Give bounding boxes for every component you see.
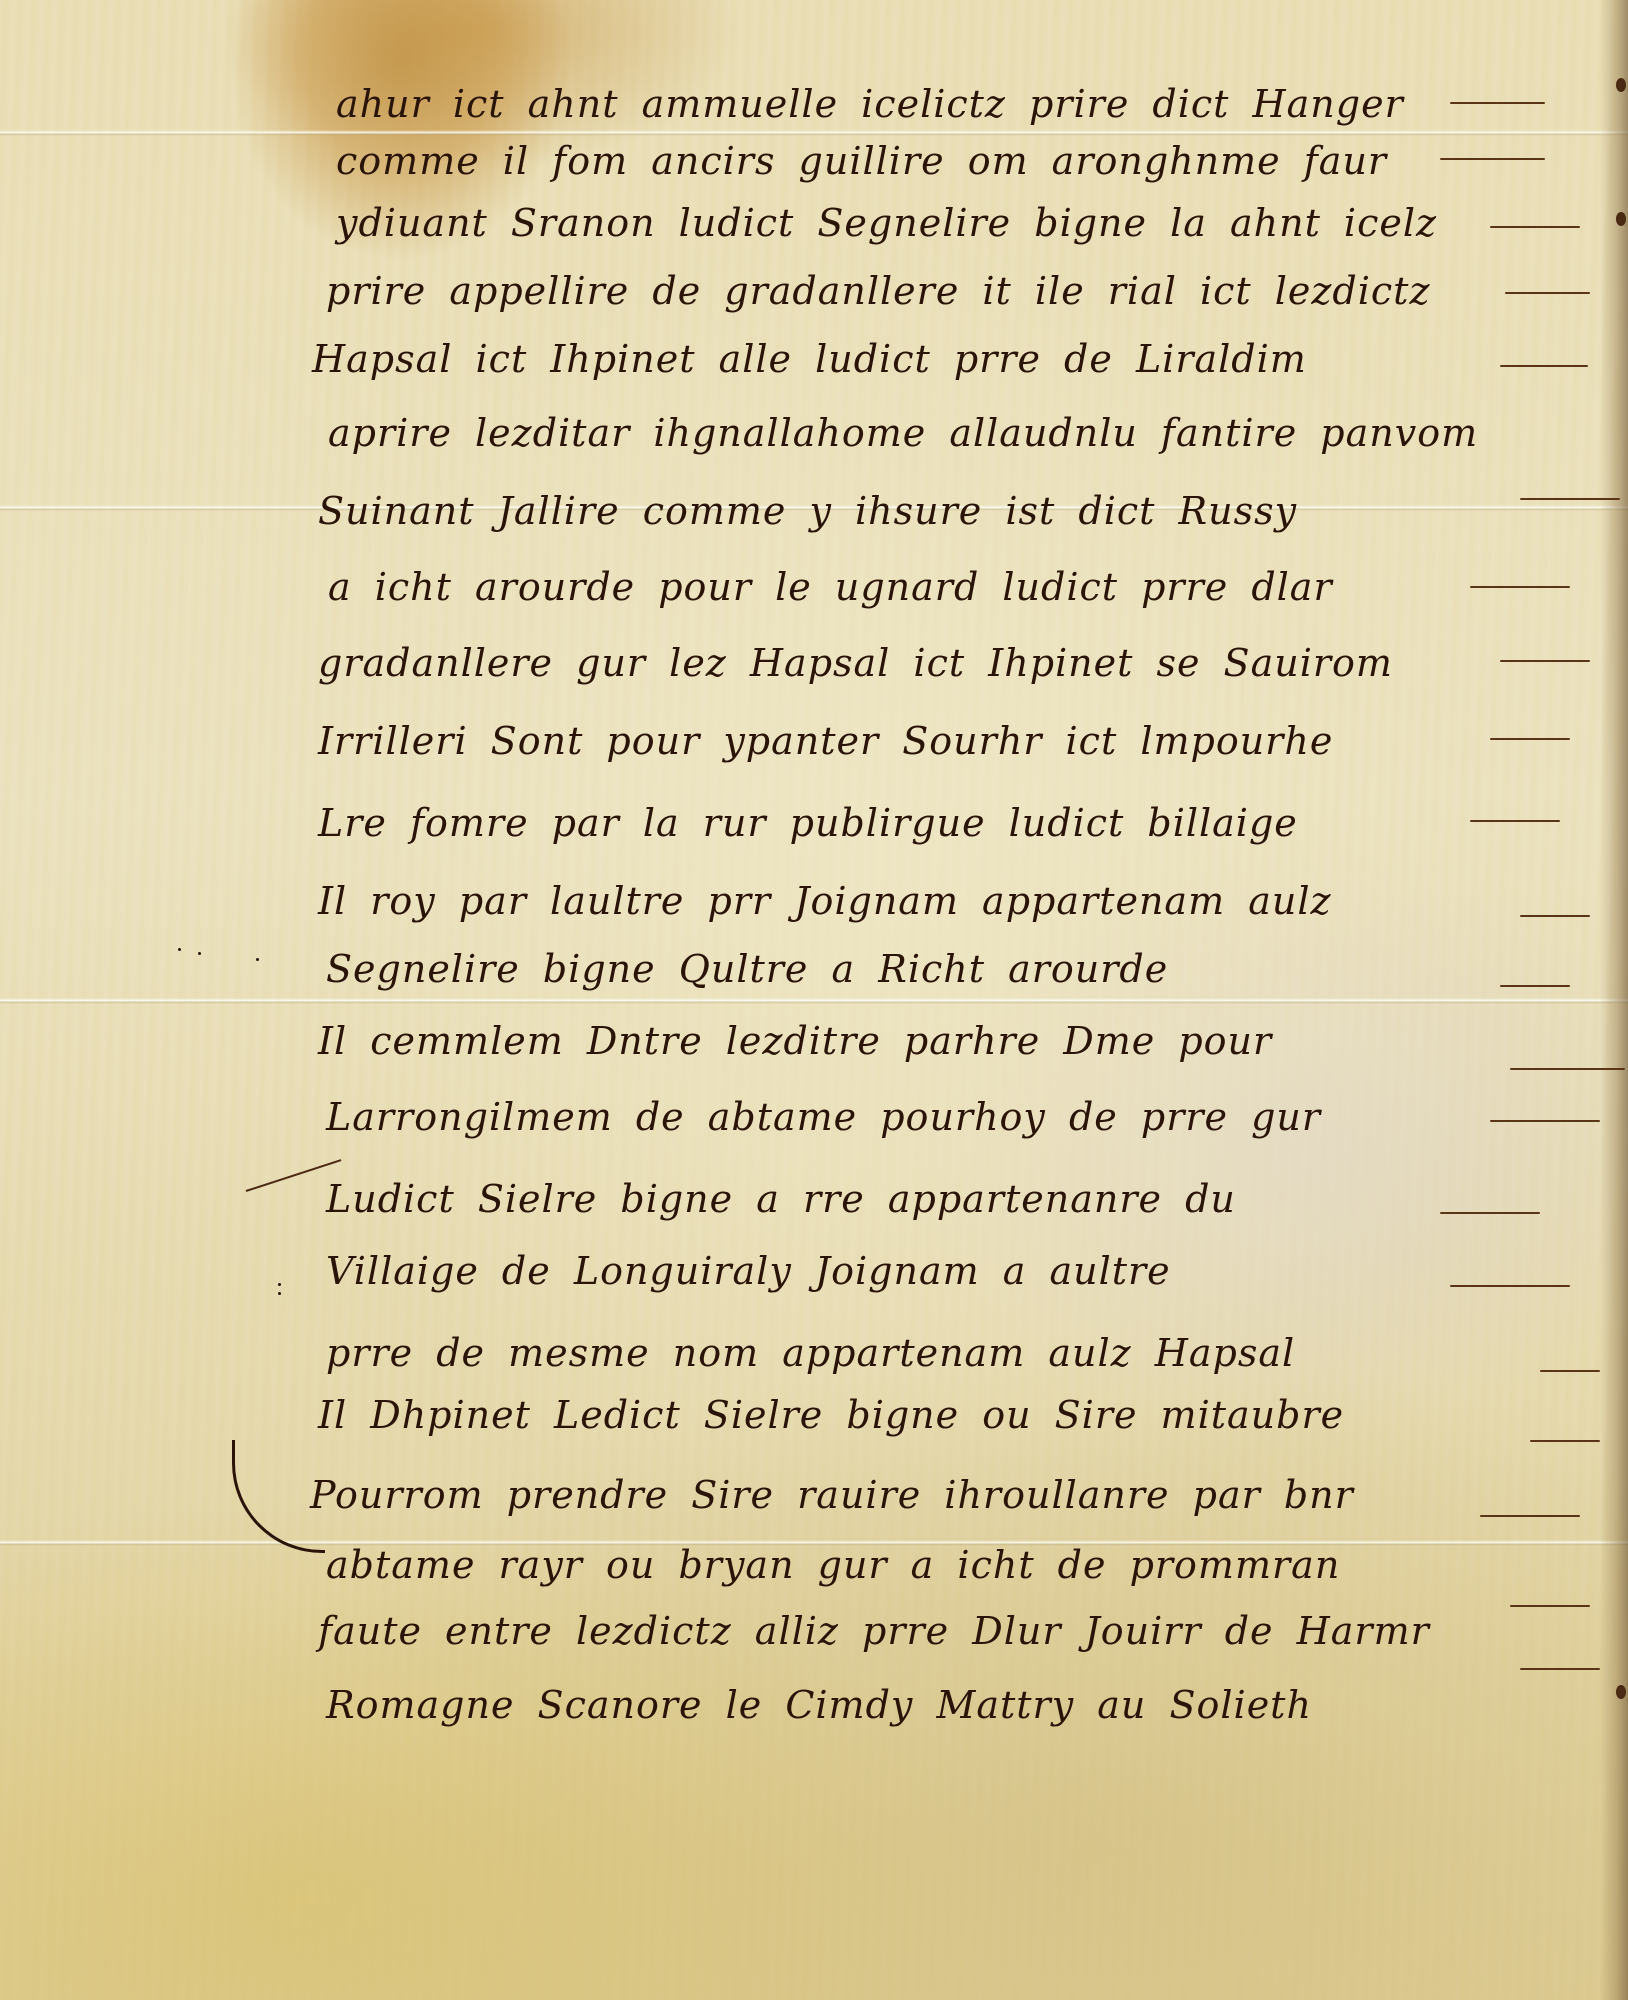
manuscript-line: Il cemmlem Dntre lezditre parhre Dme pou…: [318, 1022, 1272, 1060]
line-filler-stroke: [1450, 102, 1545, 104]
margin-dot: [278, 1292, 281, 1295]
binding-hole: [1616, 78, 1626, 92]
margin-dot: [278, 1283, 281, 1286]
manuscript-line: Il Dhpinet Ledict Sielre bigne ou Sire m…: [318, 1396, 1344, 1434]
manuscript-line: Segnelire bigne Qultre a Richt arourde: [326, 950, 1168, 988]
manuscript-line: prre de mesme nom appartenam aulz Hapsal: [326, 1334, 1295, 1372]
line-filler-stroke: [1530, 1440, 1600, 1442]
line-filler-stroke: [1500, 985, 1570, 987]
manuscript-line: a icht arourde pour le ugnard ludict prr…: [328, 568, 1333, 606]
manuscript-line: Il roy par laultre prr Joignam appartena…: [318, 882, 1332, 920]
line-filler-stroke: [1505, 292, 1590, 294]
manuscript-line: Ludict Sielre bigne a rre appartenanre d…: [326, 1180, 1236, 1218]
line-filler-stroke: [1520, 915, 1590, 917]
manuscript-line: Pourrom prendre Sire rauire ihroullanre …: [310, 1476, 1354, 1514]
manuscript-line: Romagne Scanore le Cimdy Mattry au Solie…: [326, 1686, 1312, 1724]
line-filler-stroke: [1440, 158, 1545, 160]
line-filler-stroke: [1450, 1285, 1570, 1287]
line-filler-stroke: [1490, 226, 1580, 228]
line-filler-stroke: [1500, 660, 1590, 662]
line-filler-stroke: [1490, 1120, 1600, 1122]
binding-hole: [1616, 1685, 1626, 1699]
line-filler-stroke: [1480, 1515, 1580, 1517]
manuscript-line: Villaige de Longuiraly Joignam a aultre: [326, 1252, 1171, 1290]
manuscript-line: prire appellire de gradanllere it ile ri…: [326, 272, 1430, 310]
line-filler-stroke: [1490, 738, 1570, 740]
manuscript-line: abtame rayr ou bryan gur a icht de promm…: [326, 1546, 1340, 1584]
line-filler-stroke: [1470, 586, 1570, 588]
manuscript-line: Hapsal ict Ihpinet alle ludict prre de L…: [312, 340, 1307, 378]
manuscript-line: ydiuant Sranon ludict Segnelire bigne la…: [336, 204, 1437, 242]
line-filler-stroke: [1520, 498, 1620, 500]
line-filler-stroke: [1470, 820, 1560, 822]
line-filler-stroke: [1520, 1668, 1600, 1670]
manuscript-line: gradanllere gur lez Hapsal ict Ihpinet s…: [318, 644, 1393, 682]
manuscript-line: Lre fomre par la rur publirgue ludict bi…: [318, 804, 1298, 842]
manuscript-line: ahur ict ahnt ammuelle icelictz prire di…: [336, 85, 1404, 123]
manuscript-line: Irrilleri Sont pour ypanter Sourhr ict l…: [318, 722, 1333, 760]
margin-bracket: [232, 1440, 325, 1553]
fold-crease: [0, 130, 1628, 136]
margin-dot: [256, 958, 259, 961]
margin-dot: [198, 952, 201, 955]
manuscript-line: faute entre lezdictz alliz prre Dlur Jou…: [318, 1612, 1430, 1650]
binding-edge: [1600, 0, 1628, 2000]
line-filler-stroke: [1510, 1605, 1590, 1607]
binding-hole: [1616, 212, 1626, 226]
margin-dot: [178, 948, 181, 951]
line-filler-stroke: [1510, 1068, 1625, 1070]
line-filler-stroke: [1440, 1212, 1540, 1214]
line-filler-stroke: [1540, 1370, 1600, 1372]
manuscript-line: aprire lezditar ihgnallahome allaudnlu f…: [328, 414, 1478, 452]
manuscript-line: comme il fom ancirs guillire om aronghnm…: [336, 142, 1387, 180]
manuscript-line: Larrongilmem de abtame pourhoy de prre g…: [326, 1098, 1321, 1136]
line-filler-stroke: [1500, 365, 1588, 367]
manuscript-page: ahur ict ahnt ammuelle icelictz prire di…: [0, 0, 1628, 2000]
manuscript-line: Suinant Jallire comme y ihsure ist dict …: [318, 492, 1297, 530]
fold-crease: [0, 998, 1628, 1004]
